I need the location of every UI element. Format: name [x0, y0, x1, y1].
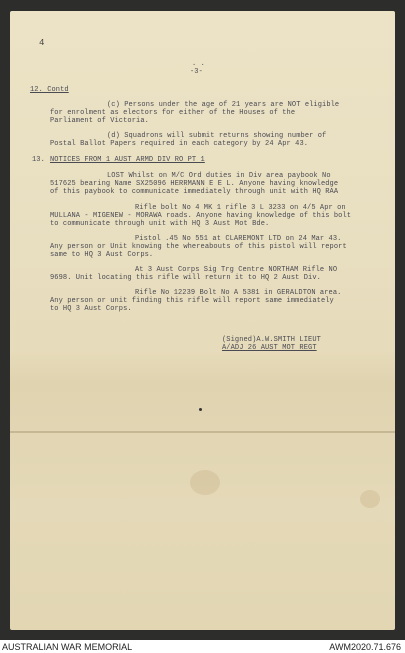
- signature-line-1: (Signed)A.W.SMITH LIEUT: [222, 336, 321, 344]
- notice-5-line-2: Any person or unit finding this rifle wi…: [50, 297, 334, 305]
- notice-3-line-1: Pistol .45 No 551 at CLAREMONT LTD on 24…: [135, 235, 341, 243]
- para-d-line-1: (d) Squadrons will submit returns showin…: [107, 132, 326, 140]
- paper-fold-line: [10, 431, 395, 433]
- notice-4-line-1: At 3 Aust Corps Sig Trg Centre NORTHAM R…: [135, 266, 337, 274]
- paper-stain: [190, 470, 220, 495]
- notice-3-line-2: Any person or Unit knowing the whereabou…: [50, 243, 347, 251]
- section-13-number: 13.: [32, 156, 45, 164]
- notice-2-line-1: Rifle bolt No 4 MK 1 rifle 3 L 3233 on 4…: [135, 204, 346, 212]
- notice-1-line-1: LOST Whilst on M/C Ord duties in Div are…: [107, 172, 331, 180]
- notice-1-line-3: of this paybook to communicate immediate…: [50, 188, 338, 196]
- institution-label: AUSTRALIAN WAR MEMORIAL: [2, 642, 132, 652]
- para-c-line-3: Parliament of Victoria.: [50, 117, 149, 125]
- para-c-line-2: for enrolment as electors for either of …: [50, 109, 295, 117]
- accession-number: AWM2020.71.676: [329, 642, 401, 652]
- notice-5-line-1: Rifle No 12239 Bolt No A 5381 in GERALDT…: [135, 289, 341, 297]
- para-d-line-2: Postal Ballot Papers required in each ca…: [50, 140, 308, 148]
- notice-5-line-3: to HQ 3 Aust Corps.: [50, 305, 132, 313]
- notice-2-line-3: to communicate through unit with HQ 3 Au…: [50, 220, 269, 228]
- signature-line-2: A/ADJ 26 AUST MOT REGT: [222, 344, 317, 352]
- notice-2-line-2: MULLANA - MIGENEW - MORAWA roads. Anyone…: [50, 212, 351, 220]
- section-13-heading: NOTICES FROM 1 AUST ARMD DIV RO PT 1: [50, 156, 205, 164]
- notice-1-line-2: 517625 bearing Name SX25096 HERRMANN E E…: [50, 180, 338, 188]
- top-dots: . .: [192, 60, 205, 68]
- page-number: -3-: [190, 68, 203, 76]
- paper-stain: [360, 490, 380, 508]
- section-12-heading: 12. Contd: [30, 86, 69, 94]
- corner-mark: 4: [39, 38, 44, 48]
- para-c-line-1: (c) Persons under the age of 21 years ar…: [107, 101, 339, 109]
- notice-3-line-3: same to HQ 3 Aust Corps.: [50, 251, 153, 259]
- ink-dot: [199, 408, 202, 411]
- notice-4-line-2: 9698. Unit locating this rifle will retu…: [50, 274, 321, 282]
